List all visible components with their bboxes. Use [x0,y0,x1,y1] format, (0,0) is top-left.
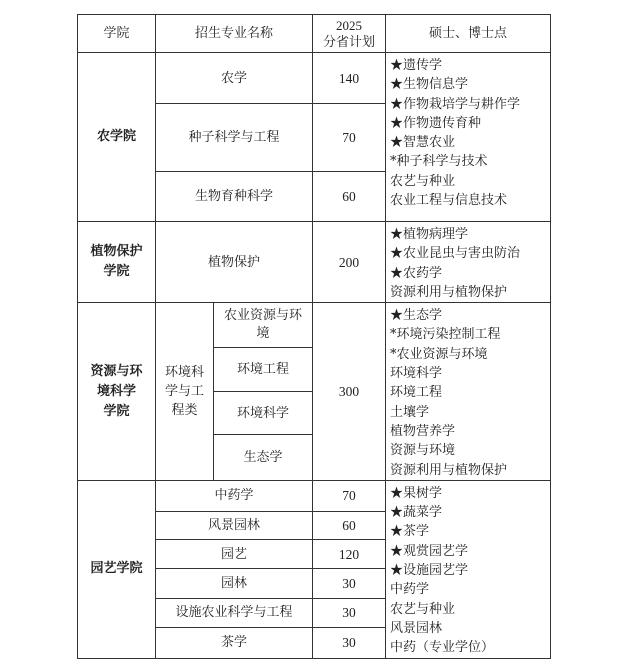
major-name: 环境科学 [214,392,313,435]
degree-list: ★植物病理学 ★农业昆虫与害虫防治 ★农药学 资源利用与植物保护 [386,222,551,303]
plan-count: 30 [313,598,386,627]
college-name-line: 学院 [78,262,155,282]
degree-item: ★茶学 [390,522,550,541]
degree-item: ★农业昆虫与害虫防治 [390,244,550,263]
degree-item: ★果树学 [390,484,550,503]
enrollment-table: 学院 招生专业名称 2025 分省计划 硕士、博士点 农学院 农学 140 ★遗… [77,14,551,659]
degree-item: *环境污染控制工程 [390,325,550,344]
table-row: 园艺学院 中药学 70 ★果树学 ★蔬菜学 ★茶学 ★观赏园艺学 ★设施园艺学 … [78,480,551,511]
header-plan-label: 分省计划 [313,34,385,51]
degree-item: 中药（专业学位） [390,638,550,657]
plan-count: 140 [313,53,386,104]
degree-item: 环境科学 [390,364,550,383]
major-name: 农学 [156,53,313,104]
degree-item: 植物营养学 [390,422,550,441]
major-name: 生物育种科学 [156,172,313,222]
college-name-line: 学院 [78,402,155,422]
degree-item: ★农药学 [390,264,550,283]
college-name: 植物保护 学院 [78,222,156,303]
plan-count: 30 [313,627,386,658]
degree-item: ★智慧农业 [390,133,550,152]
major-category: 环境科 学与工 程类 [156,303,214,481]
degree-item: 农艺与种业 [390,172,550,191]
plan-count: 30 [313,569,386,599]
header-major: 招生专业名称 [156,15,313,53]
table-row: 农学院 农学 140 ★遗传学 ★生物信息学 ★作物栽培学与耕作学 ★作物遗传育… [78,53,551,104]
degree-item: ★作物栽培学与耕作学 [390,95,550,114]
college-name: 农学院 [78,53,156,222]
degree-item: ★生态学 [390,306,550,325]
major-name: 种子科学与工程 [156,104,313,172]
degree-item: *种子科学与技术 [390,152,550,171]
degree-item: ★蔬菜学 [390,503,550,522]
college-name-line: 境科学 [78,382,155,402]
plan-count: 60 [313,172,386,222]
degree-item: 资源与环境 [390,441,550,460]
major-name: 园艺 [156,540,313,569]
header-row: 学院 招生专业名称 2025 分省计划 硕士、博士点 [78,15,551,53]
plan-count: 70 [313,480,386,511]
header-plan: 2025 分省计划 [313,15,386,53]
header-plan-year: 2025 [313,17,385,34]
degree-item: ★观赏园艺学 [390,542,550,561]
degree-item: *农业资源与环境 [390,345,550,364]
category-line: 程类 [156,401,213,420]
degree-item: ★生物信息学 [390,75,550,94]
major-name-line: 境 [214,325,312,343]
degree-list: ★遗传学 ★生物信息学 ★作物栽培学与耕作学 ★作物遗传育种 ★智慧农业 *种子… [386,53,551,222]
college-name-line: 资源与环 [78,362,155,382]
major-name: 环境工程 [214,347,313,391]
degree-item: 环境工程 [390,383,550,402]
degree-item: 风景园林 [390,619,550,638]
major-name: 植物保护 [156,222,313,303]
plan-count: 300 [313,303,386,481]
degree-item: ★植物病理学 [390,225,550,244]
plan-count: 70 [313,104,386,172]
plan-count: 60 [313,511,386,540]
degree-item: 农业工程与信息技术 [390,191,550,210]
degree-item: 土壤学 [390,403,550,422]
degree-item: 农艺与种业 [390,600,550,619]
major-name: 茶学 [156,627,313,658]
major-name: 中药学 [156,480,313,511]
major-name: 农业资源与环 境 [214,303,313,347]
college-name: 园艺学院 [78,480,156,658]
degree-list: ★果树学 ★蔬菜学 ★茶学 ★观赏园艺学 ★设施园艺学 中药学 农艺与种业 风景… [386,480,551,658]
plan-count: 120 [313,540,386,569]
college-name: 资源与环 境科学 学院 [78,303,156,481]
degree-list: ★生态学 *环境污染控制工程 *农业资源与环境 环境科学 环境工程 土壤学 植物… [386,303,551,481]
degree-item: 资源利用与植物保护 [390,283,550,302]
degree-item: ★遗传学 [390,56,550,75]
degree-item: ★作物遗传育种 [390,114,550,133]
major-name: 生态学 [214,435,313,480]
major-name: 设施农业科学与工程 [156,598,313,627]
header-college: 学院 [78,15,156,53]
college-name-line: 植物保护 [78,242,155,262]
category-line: 学与工 [156,382,213,401]
major-name: 园林 [156,569,313,599]
degree-item: 中药学 [390,580,550,599]
table-row: 资源与环 境科学 学院 环境科 学与工 程类 农业资源与环 境 300 ★生态学… [78,303,551,347]
major-name: 风景园林 [156,511,313,540]
degree-item: ★设施园艺学 [390,561,550,580]
major-name-line: 农业资源与环 [214,307,312,325]
degree-item: 资源利用与植物保护 [390,461,550,480]
header-degrees: 硕士、博士点 [386,15,551,53]
plan-count: 200 [313,222,386,303]
table-row: 植物保护 学院 植物保护 200 ★植物病理学 ★农业昆虫与害虫防治 ★农药学 … [78,222,551,303]
category-line: 环境科 [156,363,213,382]
